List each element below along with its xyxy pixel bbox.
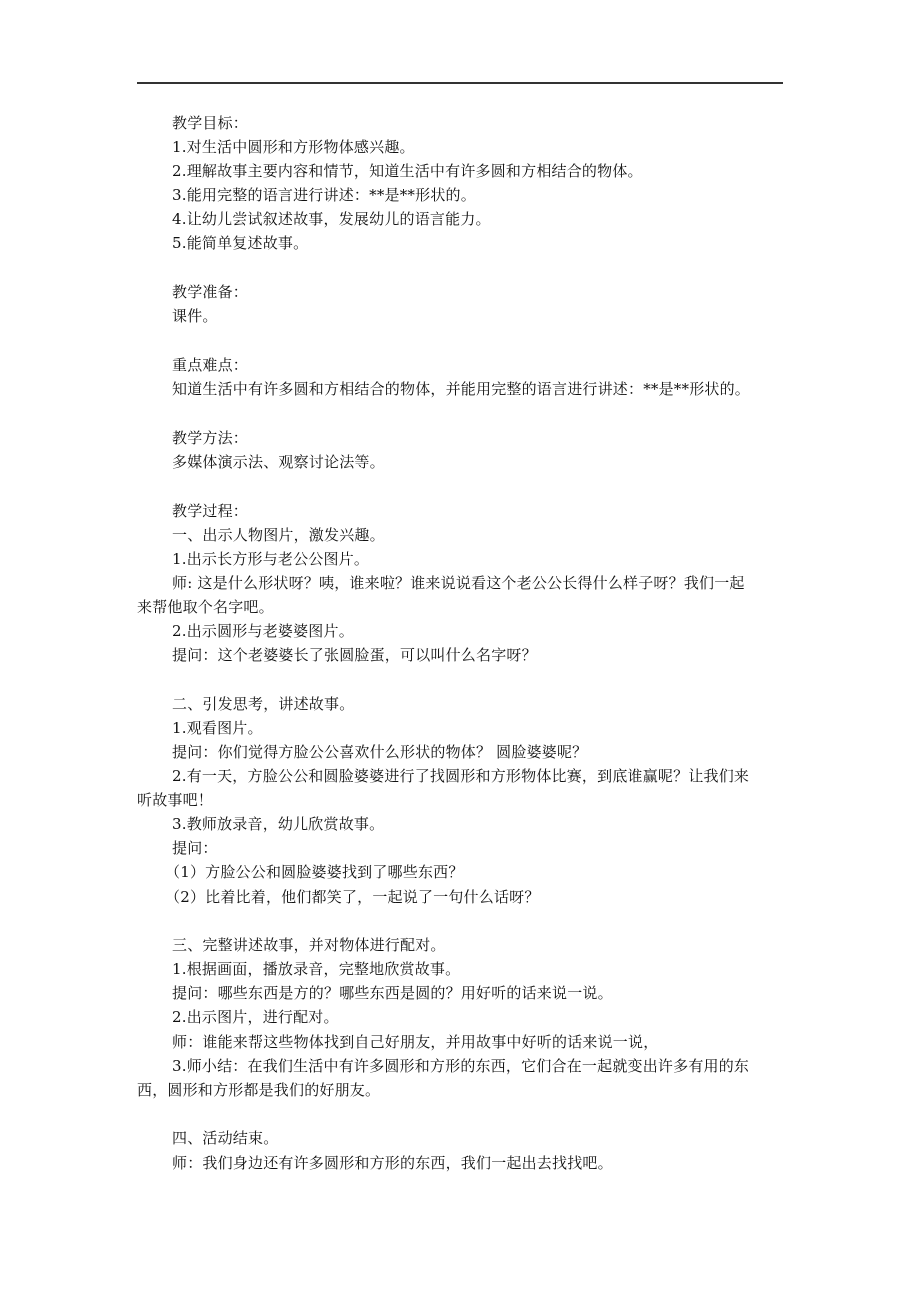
process-line: （2）比着比着，他们都笑了，一起说了一句什么话呀？: [137, 885, 787, 909]
objective-item: 2.理解故事主要内容和情节，知道生活中有许多圆和方相结合的物体。: [137, 159, 787, 183]
spacer: [137, 328, 787, 353]
key-points-heading: 重点难点：: [137, 353, 787, 377]
process-step-title: 三、完整讲述故事，并对物体进行配对。: [137, 933, 787, 957]
process-line: 1.根据画面，播放录音，完整地欣赏故事。: [137, 957, 787, 981]
process-line-continuation: 听故事吧！: [137, 788, 787, 812]
process-line: 师: 这是什么形状呀？咦，谁来啦？谁来说说看这个老公公长得什么样子呀？我们一起: [137, 571, 787, 595]
preparation-heading: 教学准备：: [137, 280, 787, 304]
methods-section: 教学方法： 多媒体演示法、观察讨论法等。: [137, 426, 787, 474]
process-line: 提问：: [137, 836, 787, 860]
preparation-section: 教学准备： 课件。: [137, 280, 787, 328]
objective-item: 5.能简单复述故事。: [137, 231, 787, 255]
process-line: 3.师小结：在我们生活中有许多圆形和方形的东西，它们合在一起就变出许多有用的东: [137, 1054, 787, 1078]
spacer: [137, 401, 787, 426]
process-line: 3.教师放录音，幼儿欣赏故事。: [137, 812, 787, 836]
objective-item: 4.让幼儿尝试叙述故事，发展幼儿的语言能力。: [137, 207, 787, 231]
preparation-text: 课件。: [137, 304, 787, 328]
process-line: 提问：你们觉得方脸公公喜欢什么形状的物体？ 圆脸婆婆呢？: [137, 740, 787, 764]
process-section: 教学过程： 一、出示人物图片，激发兴趣。 1.出示长方形与老公公图片。 师: 这…: [137, 499, 787, 1175]
process-line-continuation: 来帮他取个名字吧。: [137, 595, 787, 619]
objective-item: 1.对生活中圆形和方形物体感兴趣。: [137, 135, 787, 159]
objectives-heading: 教学目标：: [137, 111, 787, 135]
process-line: 2.出示圆形与老婆婆图片。: [137, 619, 787, 643]
objective-item: 3.能用完整的语言进行讲述：**是**形状的。: [137, 183, 787, 207]
spacer: [137, 667, 787, 692]
process-step-title: 二、引发思考，讲述故事。: [137, 692, 787, 716]
spacer: [137, 256, 787, 281]
process-line: 2.出示图片，进行配对。: [137, 1005, 787, 1029]
document-body: 教学目标： 1.对生活中圆形和方形物体感兴趣。 2.理解故事主要内容和情节，知道…: [137, 111, 787, 1175]
process-line: （1）方脸公公和圆脸婆婆找到了哪些东西？: [137, 860, 787, 884]
process-step-title: 一、出示人物图片，激发兴趣。: [137, 523, 787, 547]
process-step-title: 四、活动结束。: [137, 1126, 787, 1150]
objectives-section: 教学目标： 1.对生活中圆形和方形物体感兴趣。 2.理解故事主要内容和情节，知道…: [137, 111, 787, 256]
process-line: 师：我们身边还有许多圆形和方形的东西，我们一起出去找找吧。: [137, 1151, 787, 1175]
key-points-section: 重点难点： 知道生活中有许多圆和方相结合的物体，并能用完整的语言进行讲述：**是…: [137, 353, 787, 401]
process-line: 提问：哪些东西是方的？哪些东西是圆的？用好听的话来说一说。: [137, 981, 787, 1005]
process-line: 2.有一天，方脸公公和圆脸婆婆进行了找圆形和方形物体比赛，到底谁赢呢？让我们来: [137, 764, 787, 788]
spacer: [137, 909, 787, 934]
spacer: [137, 1102, 787, 1127]
process-line: 师：谁能来帮这些物体找到自己好朋友，并用故事中好听的话来说一说，: [137, 1030, 787, 1054]
header-rule: [137, 82, 783, 84]
methods-text: 多媒体演示法、观察讨论法等。: [137, 450, 787, 474]
process-line-continuation: 西，圆形和方形都是我们的好朋友。: [137, 1078, 787, 1102]
process-line: 1.观看图片。: [137, 716, 787, 740]
process-line: 提问：这个老婆婆长了张圆脸蛋，可以叫什么名字呀？: [137, 643, 787, 667]
process-line: 1.出示长方形与老公公图片。: [137, 547, 787, 571]
process-heading: 教学过程：: [137, 499, 787, 523]
spacer: [137, 474, 787, 499]
methods-heading: 教学方法：: [137, 426, 787, 450]
key-points-text: 知道生活中有许多圆和方相结合的物体，并能用完整的语言进行讲述：**是**形状的。: [137, 377, 787, 401]
